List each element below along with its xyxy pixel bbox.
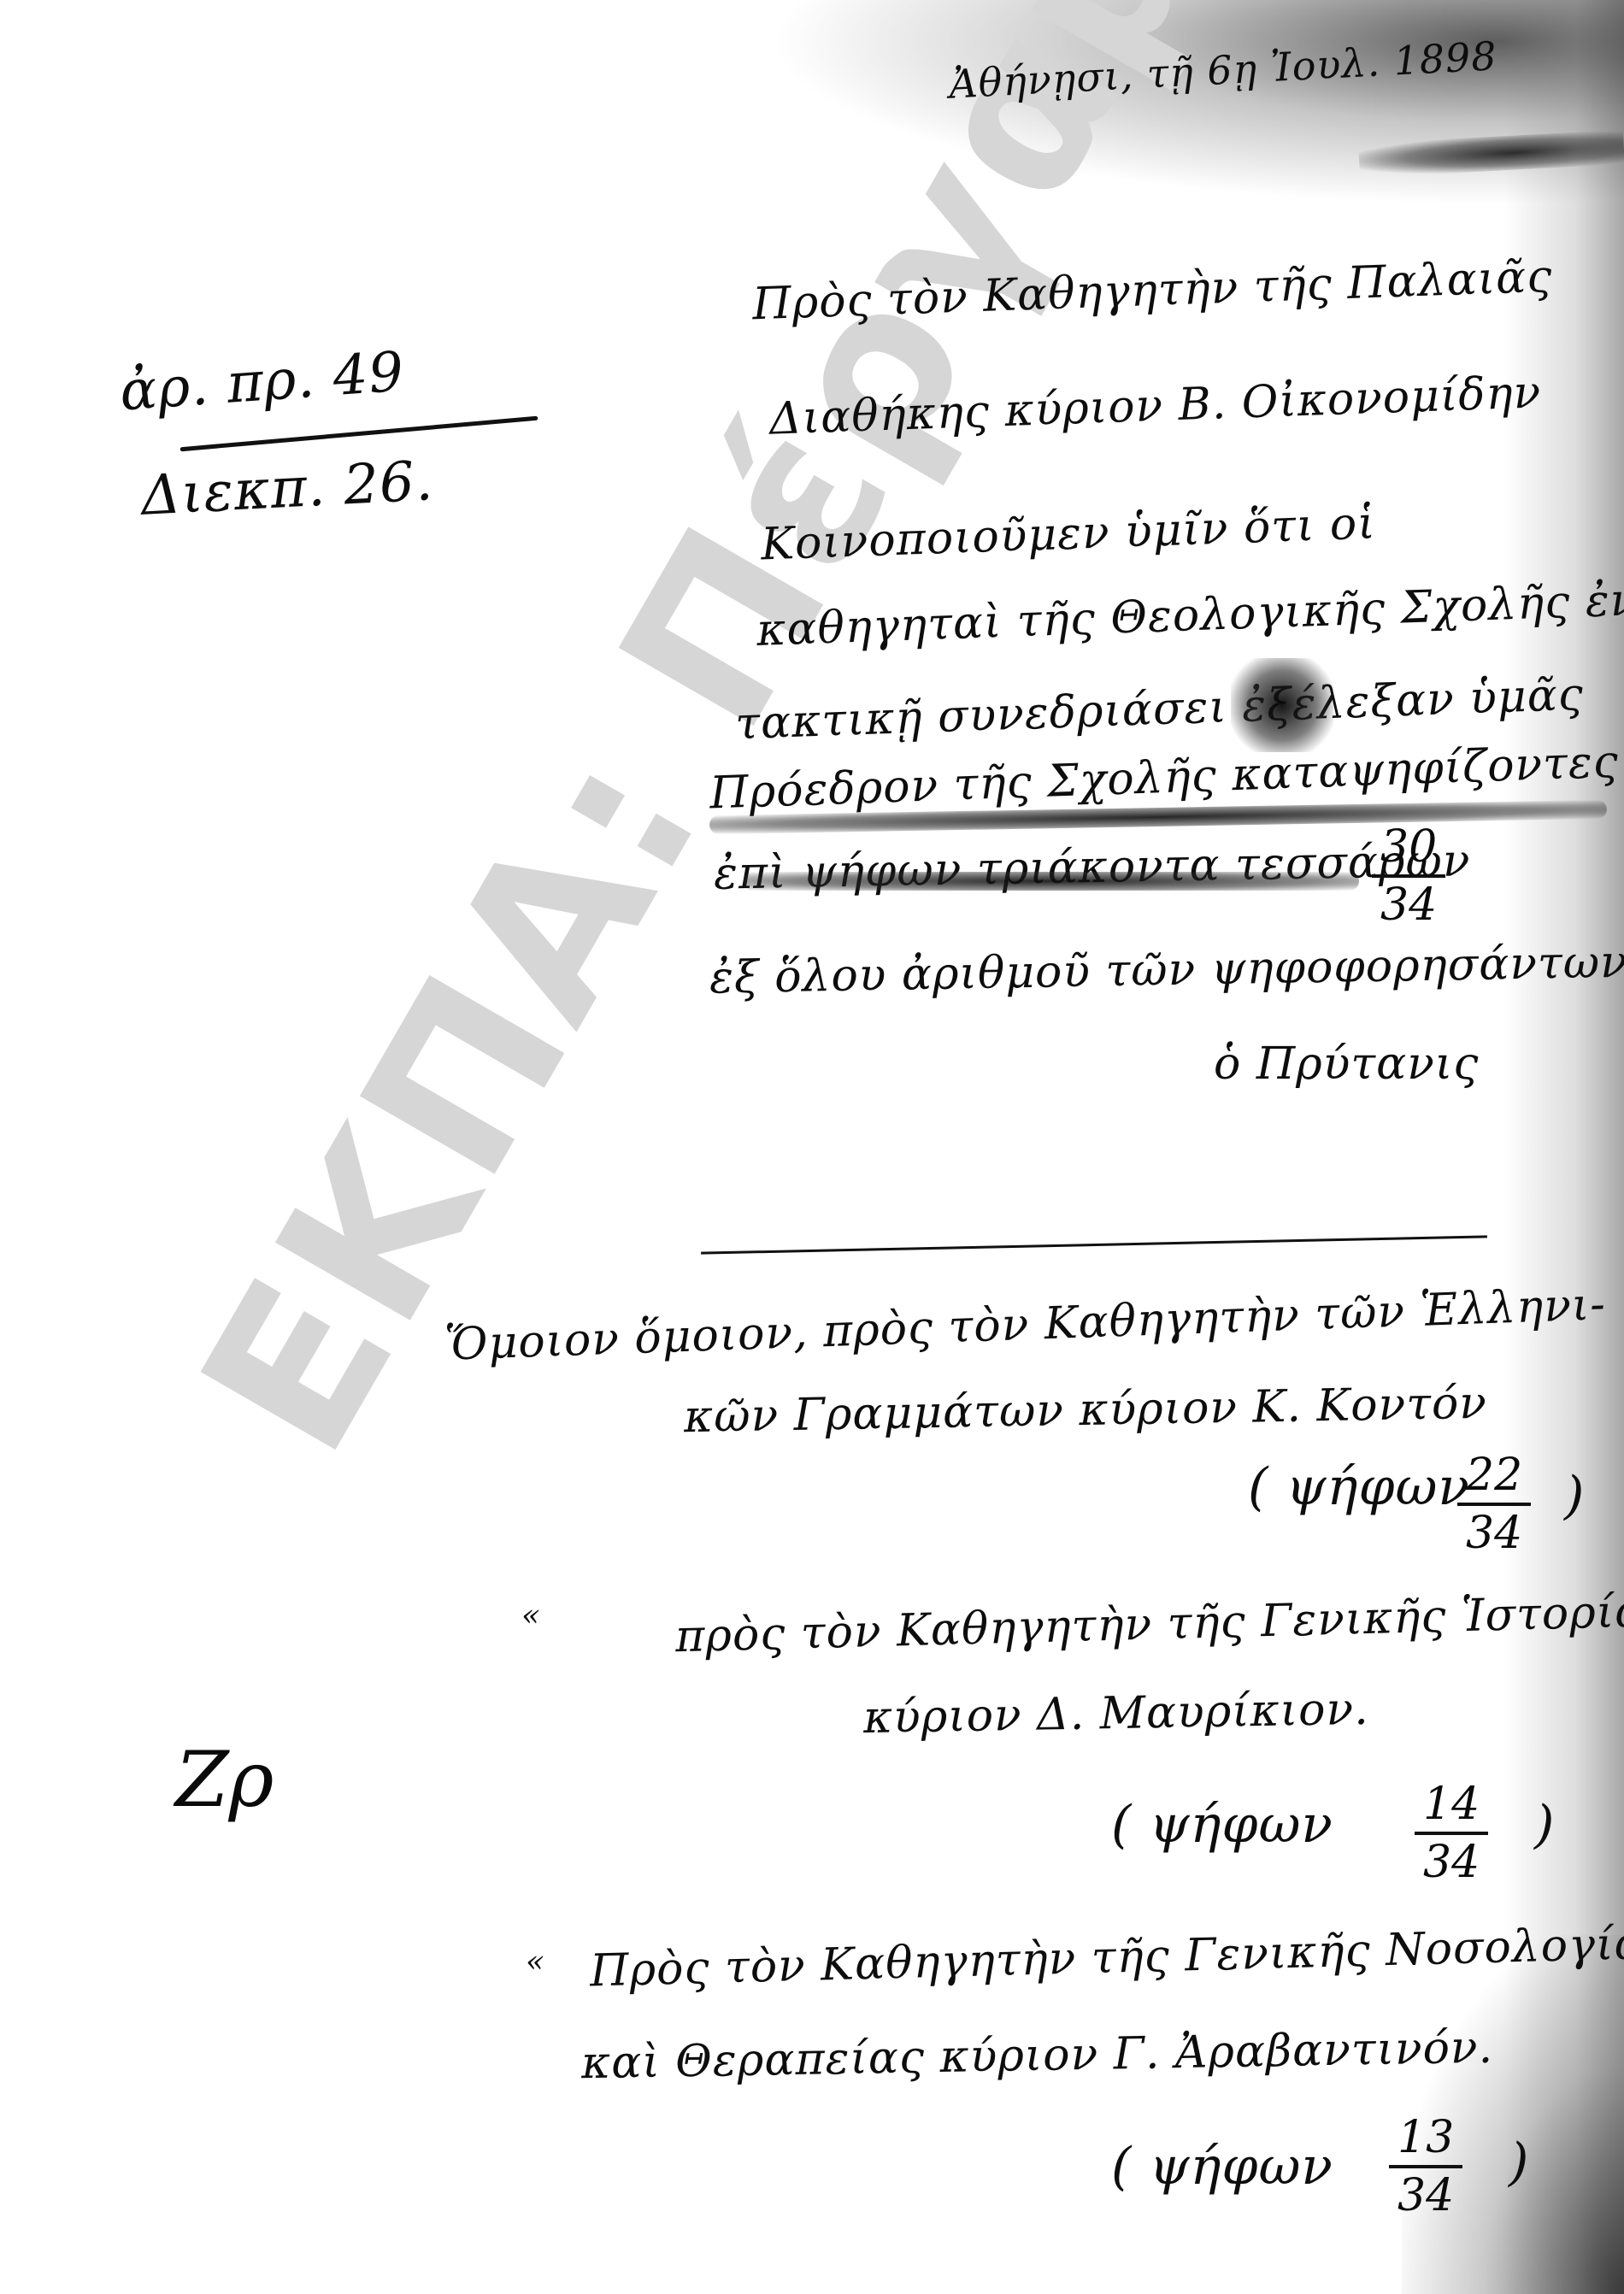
- copy-2-line-2: κύριον Δ. Μαυρίκιον.: [863, 1684, 1370, 1744]
- section-divider: [701, 1235, 1487, 1254]
- signature-rector: ὁ Πρύτανις: [1214, 1038, 1479, 1090]
- vote-fraction-copy-3: 13 34: [1389, 2115, 1462, 2218]
- reference-number: ἀρ. πρ. 49: [118, 340, 407, 423]
- vote-fraction-copy-1: 22 34: [1457, 1453, 1531, 1556]
- reference-date: Διεκπ. 26.: [139, 450, 435, 528]
- vote-numerator: 30: [1372, 825, 1445, 874]
- vote-fraction-copy-2: 14 34: [1415, 1782, 1488, 1885]
- vote-numerator: 14: [1415, 1782, 1488, 1832]
- copy-2-line-1: πρὸς τὸν Καθηγητὴν τῆς Γενικῆς Ἱστορίας: [674, 1585, 1624, 1662]
- copy-1-line-2: κῶν Γραμμάτων κύριον Κ. Κοντόν: [684, 1378, 1488, 1443]
- copy-1-vote-label: ψήφων: [1286, 1457, 1469, 1517]
- vote-denominator: 34: [1372, 874, 1445, 927]
- copy-3-vote-label: ψήφων: [1149, 2137, 1333, 2197]
- vote-numerator: 13: [1389, 2115, 1462, 2165]
- copy-1-vote: ( ψήφων: [1248, 1457, 1470, 1517]
- copy-1-line-1: Ὅμοιον ὅμοιον, πρὸς τὸν Καθηγητὴν τῶν Ἑλ…: [444, 1279, 1606, 1370]
- copy-2-vote-label: ψήφων: [1149, 1795, 1333, 1855]
- ink-blot: [1231, 658, 1333, 752]
- vote-fraction-main: 30 34: [1372, 825, 1445, 927]
- close-paren: ): [1509, 2132, 1529, 2192]
- close-paren: ): [1534, 1795, 1555, 1855]
- vote-denominator: 34: [1457, 1503, 1531, 1556]
- reference-underline: [180, 416, 538, 452]
- margin-initials: Ζρ: [175, 1735, 274, 1825]
- copy-3-marker: «: [526, 1944, 545, 1979]
- copy-3-vote: ( ψήφων: [1111, 2137, 1333, 2197]
- letter-line-8: ἐξ ὅλου ἀριθμοῦ τῶν ψηφοφορησάντων.: [709, 936, 1624, 1003]
- close-paren: ): [1564, 1466, 1585, 1526]
- copy-2-vote: ( ψήφων: [1111, 1795, 1333, 1855]
- letter-line-5: τακτικῇ συνεδριάσει ἐξέλεξαν ὑμᾶς: [734, 669, 1585, 750]
- copy-2-marker: «: [521, 1598, 541, 1633]
- copy-3-line-2: καὶ Θεραπείας κύριον Γ. Ἀραβαντινόν.: [581, 2022, 1494, 2090]
- vote-numerator: 22: [1457, 1453, 1531, 1503]
- vote-denominator: 34: [1415, 1832, 1488, 1885]
- strikethrough-band-2: [744, 872, 1359, 891]
- vote-denominator: 34: [1389, 2165, 1462, 2218]
